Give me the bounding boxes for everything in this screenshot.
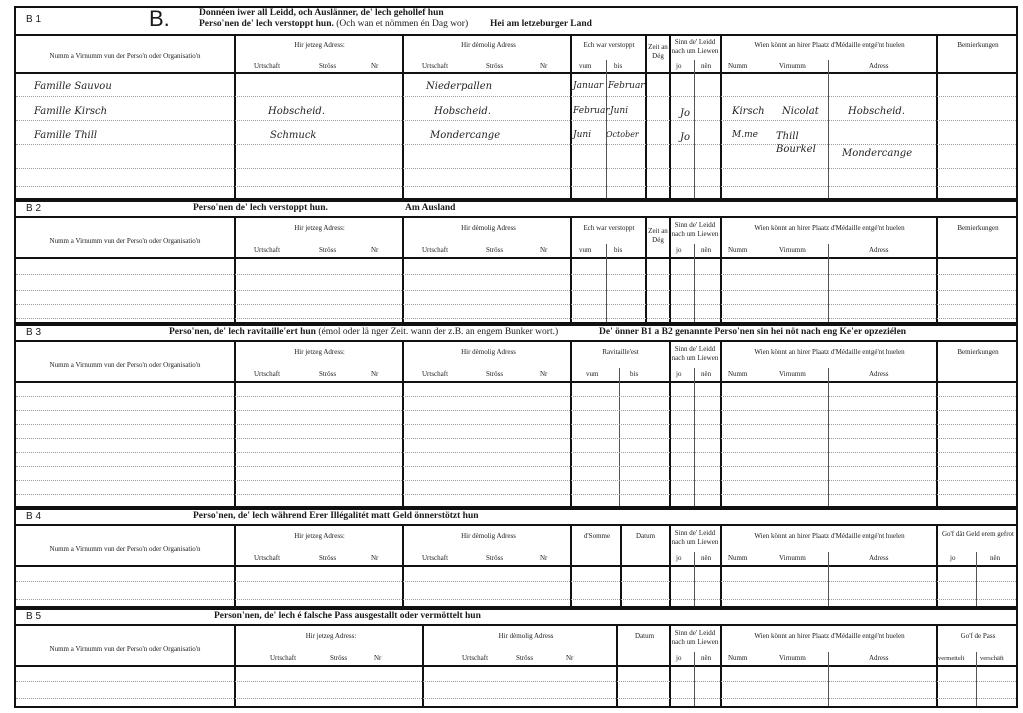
stross-header: Ströss xyxy=(319,62,336,71)
urtschaft-header: Urtschaft xyxy=(422,554,448,563)
nen-header: nën xyxy=(701,654,711,663)
section-b3-header: B 3 Perso'nen, de' lech ravitaille'ert h… xyxy=(16,326,1016,342)
stross-header: Ströss xyxy=(486,246,503,255)
current-address-header: Hir jetzeg Adress: xyxy=(236,348,403,357)
entry-name: Famille Thill xyxy=(34,130,97,141)
medal-virnumm-header: Virnumm xyxy=(779,62,806,71)
entry-from: Juni xyxy=(573,130,591,140)
section-title: Perso'nen, de' lech ravitaille'ert hun (… xyxy=(169,327,558,337)
former-address-header: Hir dèmolig Adress xyxy=(405,41,572,50)
former-address-header: Hir dèmolig Adress xyxy=(405,224,572,233)
section-title: Perso'nen, de' lech während Erer Illégal… xyxy=(193,511,479,521)
urtschaft-header: Urtschaft xyxy=(422,370,448,379)
pass-header: Go'f de Pass xyxy=(938,632,1018,641)
urtschaft-header: Urtschaft xyxy=(254,62,280,71)
name-column-header: Numm a Virnumm vun der Perso'n oder Orga… xyxy=(16,52,234,61)
urtschaft-header: Urtschaft xyxy=(270,654,296,663)
survived-header: Sinn de' Leidd nach um Liewen xyxy=(670,629,720,647)
nr-header: Nr xyxy=(540,554,547,563)
name-column-header: Numm a Virnumm vun der Perso'n oder Orga… xyxy=(16,237,234,246)
medal-adress-header: Adress xyxy=(869,246,888,255)
entry-from: Februar xyxy=(573,106,610,116)
section-subtitle: Perso'nen de' lech verstoppt hun. (Och w… xyxy=(199,19,468,29)
medal-virnumm-header: Virnumm xyxy=(779,554,806,563)
survived-header: Sinn de' Leidd nach um Liewen xyxy=(670,345,720,363)
nr-header: Nr xyxy=(540,246,547,255)
jo-header: jo xyxy=(676,370,681,379)
nen-header: nën xyxy=(701,554,711,563)
nr-header: Nr xyxy=(566,654,573,663)
section-location: Am Ausland xyxy=(405,203,455,213)
entry-current-place: Schmuck xyxy=(270,130,316,141)
jo-header: jo xyxy=(676,554,681,563)
medal-adress-header: Adress xyxy=(869,554,888,563)
current-address-header: Hir jetzeg Adress: xyxy=(236,632,426,641)
entry-to: October xyxy=(606,130,639,139)
section-b5: B 5 Person'nen, de' lech é falsche Pass … xyxy=(14,608,1018,708)
name-column-header: Numm a Virnumm vun der Perso'n oder Orga… xyxy=(16,645,234,654)
urtschaft-header: Urtschaft xyxy=(462,654,488,663)
medal-header: Wien könnt an hirer Plaatz d'Médaille en… xyxy=(722,224,937,233)
medal-adress-header: Adress xyxy=(869,62,888,71)
form-letter: B. xyxy=(149,6,170,32)
from-header: vum xyxy=(579,62,591,71)
survived-header: Sinn de' Leidd nach um Liewen xyxy=(670,529,720,547)
section-note: De' önner B1 a B2 genannte Perso'nen sin… xyxy=(599,327,906,337)
nr-header: Nr xyxy=(371,370,378,379)
urtschaft-header: Urtschaft xyxy=(254,370,280,379)
nr-header: Nr xyxy=(374,654,381,663)
medal-adress-header: Adress xyxy=(869,370,888,379)
section-b1: B 1 B. Donnéen iwer all Leidd, och Auslä… xyxy=(14,6,1018,200)
section-code: B 1 xyxy=(26,14,41,25)
medal-header: Wien könnt an hirer Plaatz d'Médaille en… xyxy=(722,532,937,541)
medal-numm-header: Numm xyxy=(728,654,747,663)
urtschaft-header: Urtschaft xyxy=(254,246,280,255)
entry-medal-addr: Mondercange xyxy=(842,148,912,159)
hidden-header: Ech war verstoppt xyxy=(572,41,646,50)
nr-header: Nr xyxy=(371,246,378,255)
section-code: B 3 xyxy=(26,327,41,338)
stross-header: Ströss xyxy=(319,246,336,255)
nen-header: nën xyxy=(701,370,711,379)
procured-header: verschäft xyxy=(980,654,1004,663)
nen-header: nën xyxy=(701,246,711,255)
date-header: Datum xyxy=(620,632,669,641)
section-title: Person'nen, de' lech é falsche Pass ausg… xyxy=(214,611,481,621)
survived-header: Sinn de' Leidd nach um Liewen xyxy=(670,221,720,239)
entry-medal-first: Thill Bourkel xyxy=(776,130,826,156)
remarks-header: Bemierkungen xyxy=(938,41,1018,50)
entry-name: Famille Kirsch xyxy=(34,106,107,117)
current-address-header: Hir jetzeg Adress: xyxy=(236,532,403,541)
section-title: Donnéen iwer all Leidd, och Auslänner, d… xyxy=(199,8,444,18)
date-header: Datum xyxy=(622,532,669,541)
entry-former-place: Hobscheid. xyxy=(434,106,491,117)
entry-medal-first: Nicolat xyxy=(782,106,819,117)
from-header: vum xyxy=(586,370,598,379)
hidden-header: Ech war verstoppt xyxy=(572,224,646,233)
time-days-header: Zeit an Dég xyxy=(647,43,669,61)
medal-virnumm-header: Virnumm xyxy=(779,654,806,663)
entry-medal-addr: Hobscheid. xyxy=(848,106,905,117)
current-address-header: Hir jetzeg Adress: xyxy=(236,41,403,50)
urtschaft-header: Urtschaft xyxy=(422,246,448,255)
entry-survived-yes: Jo xyxy=(680,108,690,119)
section-code: B 4 xyxy=(26,511,41,522)
current-address-header: Hir jetzeg Adress: xyxy=(236,224,403,233)
medal-header: Wien könnt an hirer Plaatz d'Médaille en… xyxy=(722,632,937,641)
entry-to: Februar xyxy=(608,81,645,91)
entry-former-place: Mondercange xyxy=(430,130,500,141)
medal-numm-header: Numm xyxy=(728,246,747,255)
nr-header: Nr xyxy=(540,62,547,71)
stross-header: Ströss xyxy=(486,554,503,563)
stross-header: Ströss xyxy=(486,370,503,379)
entry-medal-name: M.me xyxy=(732,130,758,140)
time-days-header: Zeit an Dég xyxy=(647,227,669,245)
entry-to: Juni xyxy=(610,106,628,116)
nr-header: Nr xyxy=(540,370,547,379)
medal-header: Wien könnt an hirer Plaatz d'Médaille en… xyxy=(722,41,937,50)
stross-header: Ströss xyxy=(330,654,347,663)
section-b3: B 3 Perso'nen, de' lech ravitaille'ert h… xyxy=(14,324,1018,508)
nen-header: nën xyxy=(701,62,711,71)
entry-current-place: Hobscheid. xyxy=(268,106,325,117)
name-column-header: Numm a Virnumm vun der Perso'n oder Orga… xyxy=(16,361,234,370)
mediated-header: vermettelt xyxy=(938,654,964,663)
section-title: Perso'nen de' lech verstoppt hun. xyxy=(193,203,328,213)
medal-virnumm-header: Virnumm xyxy=(779,370,806,379)
urtschaft-header: Urtschaft xyxy=(422,62,448,71)
stross-header: Ströss xyxy=(486,62,503,71)
entry-survived-yes: Jo xyxy=(680,132,690,143)
money-asked-header: Go'f dät Geld erem gefrot xyxy=(938,530,1018,539)
section-b5-header: B 5 Person'nen, de' lech é falsche Pass … xyxy=(16,610,1016,626)
former-address-header: Hir dèmolig Adress xyxy=(405,348,572,357)
sum-header: d'Somme xyxy=(572,532,622,541)
remarks-header: Bemierkungen xyxy=(938,348,1018,357)
medal-numm-header: Numm xyxy=(728,554,747,563)
to-header: bis xyxy=(630,370,638,379)
nr-header: Nr xyxy=(371,554,378,563)
former-address-header: Hir dèmolig Adress xyxy=(405,532,572,541)
nr-header: Nr xyxy=(371,62,378,71)
remarks-header: Bemierkungen xyxy=(938,224,1018,233)
medal-numm-header: Numm xyxy=(728,62,747,71)
urtschaft-header: Urtschaft xyxy=(254,554,280,563)
jo-header: jo xyxy=(676,246,681,255)
survived-header: Sinn de' Leidd nach um Liewen xyxy=(670,38,720,56)
medal-adress-header: Adress xyxy=(869,654,888,663)
section-b2-header: B 2 Perso'nen de' lech verstoppt hun. Am… xyxy=(16,202,1016,218)
medal-header: Wien könnt an hirer Plaatz d'Médaille en… xyxy=(722,348,937,357)
section-b2: B 2 Perso'nen de' lech verstoppt hun. Am… xyxy=(14,200,1018,324)
section-b4: B 4 Perso'nen, de' lech während Erer Ill… xyxy=(14,508,1018,608)
to-header: bis xyxy=(614,246,622,255)
stross-header: Ströss xyxy=(319,370,336,379)
jo-header: jo xyxy=(950,554,955,563)
medal-numm-header: Numm xyxy=(728,370,747,379)
supplied-header: Ravitaille'est xyxy=(572,348,669,357)
jo-header: jo xyxy=(676,654,681,663)
entry-medal-name: Kirsch xyxy=(732,106,765,117)
stross-header: Ströss xyxy=(319,554,336,563)
former-address-header: Hir dèmolig Adress xyxy=(426,632,626,641)
entry-former-place: Niederpallen xyxy=(426,81,492,92)
section-code: B 2 xyxy=(26,203,41,214)
section-b4-header: B 4 Perso'nen, de' lech während Erer Ill… xyxy=(16,510,1016,526)
to-header: bis xyxy=(614,62,622,71)
section-code: B 5 xyxy=(26,611,41,622)
nen-header: nën xyxy=(990,554,1000,563)
stross-header: Ströss xyxy=(516,654,533,663)
section-b1-header: B 1 B. Donnéen iwer all Leidd, och Auslä… xyxy=(16,8,1016,36)
name-column-header: Numm a Virnumm vun der Perso'n oder Orga… xyxy=(16,545,234,554)
from-header: vum xyxy=(579,246,591,255)
entry-from: Januar xyxy=(573,81,603,91)
medal-virnumm-header: Virnumm xyxy=(779,246,806,255)
entry-name: Famille Sauvou xyxy=(34,81,112,92)
section-location: Hei am letzeburger Land xyxy=(490,19,592,29)
jo-header: jo xyxy=(676,62,681,71)
